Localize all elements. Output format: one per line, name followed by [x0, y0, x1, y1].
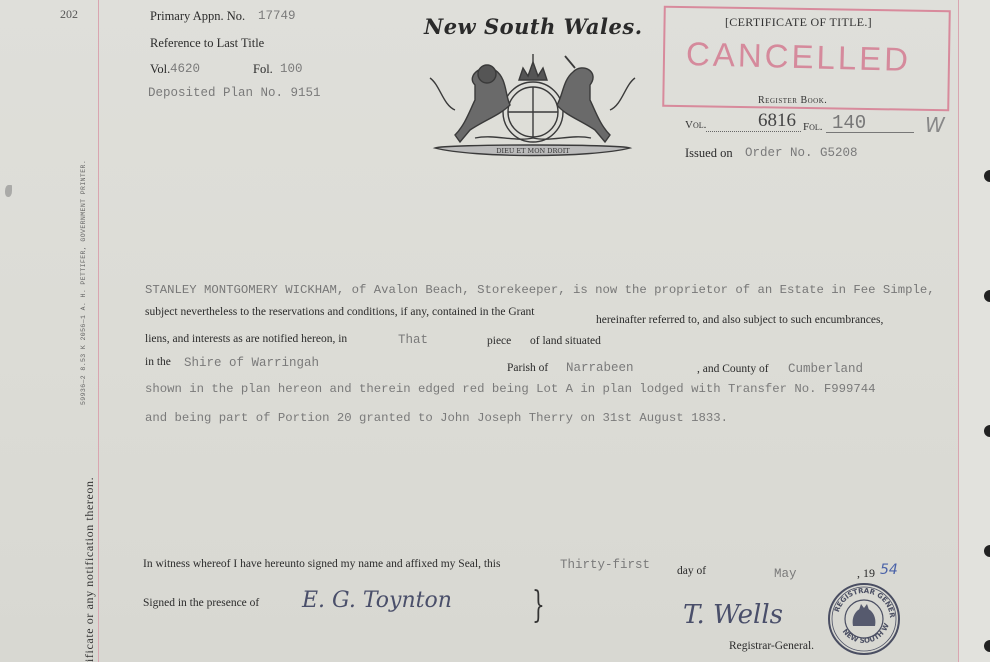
deposited-plan: Deposited Plan No. 9151	[148, 86, 321, 100]
primary-appn-label: Primary Appn. No.	[150, 9, 245, 24]
parish-value: Narrabeen	[566, 361, 634, 375]
page-title: New South Wales.	[424, 14, 643, 39]
body-line-3c: of land situated	[530, 335, 601, 347]
issued-on-value: Order No. G5208	[745, 146, 858, 160]
registrar-general-seal-icon: REGISTRAR GENERAL NEW SOUTH WALES	[827, 582, 901, 656]
ink-blot	[5, 185, 12, 197]
pencil-mark: W	[925, 113, 945, 137]
certificate-page: 202 Primary Appn. No. 17749 Reference to…	[0, 0, 990, 662]
portion-line: and being part of Portion 20 granted to …	[145, 411, 728, 425]
primary-appn-value: 17749	[258, 9, 296, 23]
shire-value: Shire of Warringah	[184, 356, 319, 370]
royal-coat-of-arms-icon: DIEU ET MON DROIT	[415, 50, 650, 160]
day-value: Thirty-first	[560, 558, 650, 572]
body-line-4a: in the	[145, 356, 171, 368]
witness-statement: In witness whereof I have hereunto signe…	[143, 558, 500, 570]
binding-strip	[959, 0, 990, 662]
plan-line: shown in the plan hereon and therein edg…	[145, 382, 876, 396]
certificate-label: [CERTIFICATE OF TITLE.]	[725, 15, 872, 30]
body-line-2a: subject nevertheless to the reservations…	[145, 306, 535, 318]
year-prefix: , 19	[857, 566, 875, 581]
issued-on-label: Issued on	[685, 146, 733, 161]
register-vol-label: Vol.	[685, 119, 706, 131]
printer-imprint: 59936—2 8.53 K 2056—1 A. H. PETTIFER, GO…	[80, 160, 87, 405]
signed-presence-label: Signed in the presence of	[143, 597, 259, 609]
binding-hole	[984, 425, 990, 437]
body-line-3b: piece	[487, 335, 511, 347]
registrar-label: Registrar-General.	[729, 640, 814, 652]
ref-fol-value: 100	[280, 62, 303, 76]
ref-vol-label: Vol.	[150, 62, 170, 77]
register-fol-label: Fol.	[803, 121, 823, 133]
register-vol-value: 6816	[758, 110, 796, 132]
binding-hole	[984, 170, 990, 182]
page-number: 202	[60, 7, 78, 22]
witness-signature: E. G. Toynton	[302, 588, 452, 613]
brace-mark: }	[532, 585, 545, 626]
left-margin-rule	[98, 0, 99, 662]
county-label: , and County of	[697, 363, 769, 375]
county-value: Cumberland	[788, 362, 863, 376]
year-handwritten: 54	[880, 562, 898, 578]
margin-note: ificate or any notification thereon.	[82, 477, 97, 662]
parish-label: Parish of	[507, 362, 548, 374]
day-of-label: day of	[677, 565, 706, 577]
ref-fol-label: Fol.	[253, 62, 273, 77]
body-line-2b: hereinafter referred to, and also subjec…	[596, 314, 883, 326]
register-book-label: Register Book.	[758, 95, 827, 106]
cancelled-stamp: CANCELLED	[686, 35, 912, 79]
body-line-3-that: That	[398, 333, 428, 347]
register-fol-value: 140	[832, 112, 866, 134]
reference-label: Reference to Last Title	[150, 36, 264, 51]
body-line-3a: liens, and interests as are notified her…	[145, 333, 347, 345]
svg-text:DIEU ET MON DROIT: DIEU ET MON DROIT	[496, 147, 570, 155]
ref-vol-value: 4620	[170, 62, 200, 76]
binding-hole	[984, 290, 990, 302]
binding-hole	[984, 545, 990, 557]
binding-hole	[984, 640, 990, 652]
registrar-signature: T. Wells	[683, 600, 783, 630]
proprietor-line: STANLEY MONTGOMERY WICKHAM, of Avalon Be…	[145, 283, 935, 297]
month-value: May	[774, 567, 797, 581]
